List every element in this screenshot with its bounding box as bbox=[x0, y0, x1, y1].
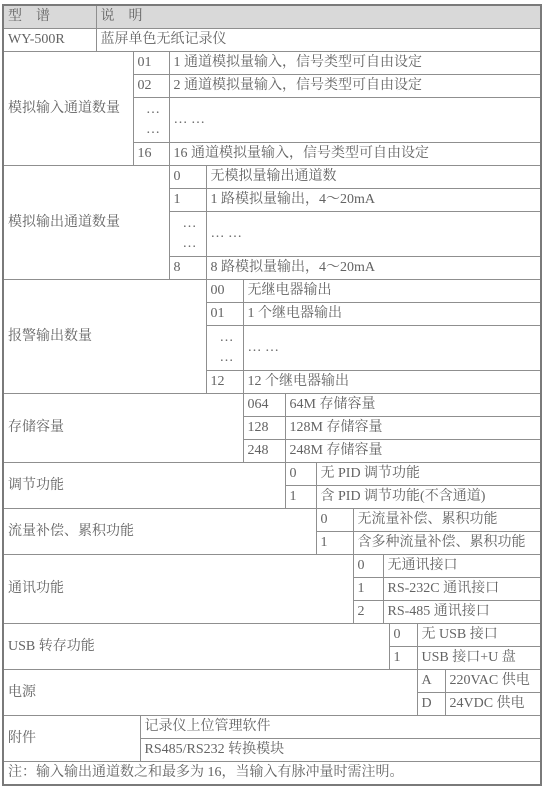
table-row: 附件 记录仪上位管理软件 bbox=[3, 716, 541, 739]
section-label-regulation: 调节功能 bbox=[3, 463, 285, 509]
option-desc: 无流量补偿、累积功能 bbox=[353, 509, 541, 532]
option-desc: 1 个继电器输出 bbox=[243, 303, 541, 326]
option-code: 12 bbox=[206, 371, 243, 394]
section-label-flow: 流量补偿、累积功能 bbox=[3, 509, 316, 555]
option-code-ellipsis: … … bbox=[206, 326, 243, 371]
option-desc: 8 路模拟量输出，4～20mA bbox=[206, 257, 541, 280]
option-desc: USB 接口+U 盘 bbox=[417, 647, 541, 670]
option-code: 8 bbox=[169, 257, 206, 280]
note-row: 注：输入输出通道数之和最多为 16，当输入有脉冲量时需注明。 bbox=[3, 762, 541, 786]
table-row: 电源 A 220VAC 供电 bbox=[3, 670, 541, 693]
option-desc: 含多种流量补偿、累积功能 bbox=[353, 532, 541, 555]
option-desc: 无 PID 调节功能 bbox=[316, 463, 541, 486]
option-desc: 2 通道模拟量输入，信号类型可自由设定 bbox=[169, 75, 541, 98]
section-label-analog-output: 模拟输出通道数量 bbox=[3, 166, 169, 280]
table-row: 流量补偿、累积功能 0 无流量补偿、累积功能 bbox=[3, 509, 541, 532]
product-model: WY-500R bbox=[3, 29, 96, 52]
option-desc: 128M 存储容量 bbox=[285, 417, 541, 440]
option-code: 0 bbox=[389, 624, 417, 647]
ellipsis: … bbox=[211, 328, 243, 348]
option-code: A bbox=[417, 670, 445, 693]
section-label-usb: USB 转存功能 bbox=[3, 624, 389, 670]
option-desc: 无 USB 接口 bbox=[417, 624, 541, 647]
option-code: 1 bbox=[316, 532, 353, 555]
option-desc: 1 路模拟量输出，4～20mA bbox=[206, 189, 541, 212]
table-row: 存储容量 064 64M 存储容量 bbox=[3, 394, 541, 417]
option-code: 1 bbox=[169, 189, 206, 212]
option-code: 064 bbox=[243, 394, 285, 417]
header-desc-column: 说 明 bbox=[96, 5, 541, 29]
option-desc: RS-485 通讯接口 bbox=[383, 601, 541, 624]
section-label-analog-input: 模拟输入通道数量 bbox=[3, 52, 133, 166]
option-code: 0 bbox=[285, 463, 316, 486]
option-code: D bbox=[417, 693, 445, 716]
accessory-item: 记录仪上位管理软件 bbox=[140, 716, 541, 739]
option-code: 1 bbox=[285, 486, 316, 509]
accessory-item: RS485/RS232 转换模块 bbox=[140, 739, 541, 762]
option-code: 16 bbox=[133, 143, 169, 166]
option-desc: 248M 存储容量 bbox=[285, 440, 541, 463]
option-desc: 含 PID 调节功能(不含通道) bbox=[316, 486, 541, 509]
option-desc-ellipsis: … … bbox=[243, 326, 541, 371]
model-spec-table: 型 谱 说 明 WY-500R 蓝屏单色无纸记录仪 模拟输入通道数量 01 1 … bbox=[2, 4, 542, 786]
option-code: 01 bbox=[133, 52, 169, 75]
table-row: 模拟输出通道数量 0 无模拟量输出通道数 bbox=[3, 166, 541, 189]
option-desc-ellipsis: … … bbox=[206, 212, 541, 257]
option-code: 248 bbox=[243, 440, 285, 463]
option-code: 02 bbox=[133, 75, 169, 98]
option-desc: RS-232C 通讯接口 bbox=[383, 578, 541, 601]
table-row: 模拟输入通道数量 01 1 通道模拟量输入，信号类型可自由设定 bbox=[3, 52, 541, 75]
option-desc: 220VAC 供电 bbox=[445, 670, 541, 693]
table-row: 通讯功能 0 无通讯接口 bbox=[3, 555, 541, 578]
table-header-row: 型 谱 说 明 bbox=[3, 5, 541, 29]
option-desc: 无通讯接口 bbox=[383, 555, 541, 578]
option-desc: 无继电器输出 bbox=[243, 280, 541, 303]
footnote: 注：输入输出通道数之和最多为 16，当输入有脉冲量时需注明。 bbox=[3, 762, 541, 786]
option-code: 128 bbox=[243, 417, 285, 440]
table-row: USB 转存功能 0 无 USB 接口 bbox=[3, 624, 541, 647]
option-code: 0 bbox=[169, 166, 206, 189]
product-name: 蓝屏单色无纸记录仪 bbox=[96, 29, 541, 52]
ellipsis: … bbox=[174, 214, 206, 234]
option-desc-ellipsis: … … bbox=[169, 98, 541, 143]
option-code: 00 bbox=[206, 280, 243, 303]
option-code: 1 bbox=[389, 647, 417, 670]
option-desc: 12 个继电器输出 bbox=[243, 371, 541, 394]
spec-table-wrapper: 型 谱 说 明 WY-500R 蓝屏单色无纸记录仪 模拟输入通道数量 01 1 … bbox=[0, 0, 550, 786]
option-code-ellipsis: … … bbox=[169, 212, 206, 257]
table-row: 调节功能 0 无 PID 调节功能 bbox=[3, 463, 541, 486]
ellipsis: … bbox=[138, 100, 169, 120]
option-desc: 24VDC 供电 bbox=[445, 693, 541, 716]
section-label-alarm-output: 报警输出数量 bbox=[3, 280, 206, 394]
ellipsis: … bbox=[174, 234, 206, 254]
option-desc: 16 通道模拟量输入，信号类型可自由设定 bbox=[169, 143, 541, 166]
option-desc: 1 通道模拟量输入，信号类型可自由设定 bbox=[169, 52, 541, 75]
section-label-accessories: 附件 bbox=[3, 716, 140, 762]
header-model-column: 型 谱 bbox=[3, 5, 96, 29]
ellipsis: … bbox=[138, 120, 169, 140]
section-label-power: 电源 bbox=[3, 670, 417, 716]
section-label-communication: 通讯功能 bbox=[3, 555, 353, 624]
option-desc: 无模拟量输出通道数 bbox=[206, 166, 541, 189]
option-desc: 64M 存储容量 bbox=[285, 394, 541, 417]
option-code: 2 bbox=[353, 601, 383, 624]
option-code: 01 bbox=[206, 303, 243, 326]
ellipsis: … bbox=[211, 348, 243, 368]
product-row: WY-500R 蓝屏单色无纸记录仪 bbox=[3, 29, 541, 52]
option-code: 1 bbox=[353, 578, 383, 601]
option-code: 0 bbox=[316, 509, 353, 532]
section-label-storage: 存储容量 bbox=[3, 394, 243, 463]
option-code-ellipsis: … … bbox=[133, 98, 169, 143]
table-row: 报警输出数量 00 无继电器输出 bbox=[3, 280, 541, 303]
option-code: 0 bbox=[353, 555, 383, 578]
